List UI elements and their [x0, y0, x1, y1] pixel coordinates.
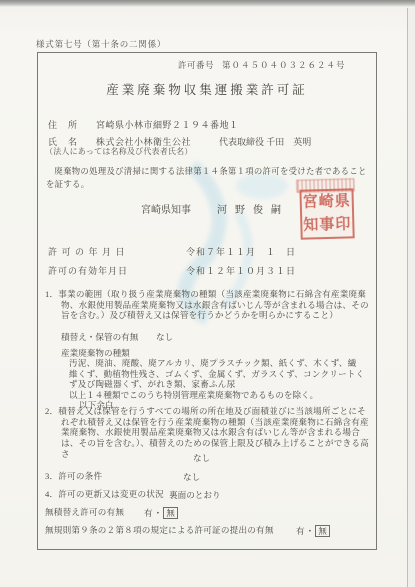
transfer-storage-label: 積替え・保管の有無	[61, 332, 138, 342]
item-6-yes-label: 有	[296, 526, 305, 536]
representative-name: 千田 英明	[266, 137, 311, 147]
permit-number-value: 第０４５０４０３２６２４号	[222, 60, 346, 70]
item-1-number: 1．	[45, 289, 58, 299]
waste-types-block: 産業廃棄物の種類 汚泥、廃油、廃酸、廃アルカリ、廃プラスチック類、紙くず、木くず…	[61, 348, 371, 411]
item-5-label: 積替え許可の有無	[54, 507, 124, 517]
item-6-number: 無	[45, 525, 54, 535]
governor-name: 河野俊嗣	[217, 205, 289, 216]
issue-date-value: 令和７年１１月 １ 日	[186, 245, 296, 258]
item-2-value: なし	[193, 452, 210, 464]
permit-number-label: 許可番号	[178, 60, 214, 70]
item-6-no-selected: 無	[315, 525, 330, 537]
item-4-label: 許可の更新又は変更の状況	[58, 489, 164, 499]
item-1-text: 事業の範囲（取り扱う産業廃棄物の種類（当該産業廃棄物に石綿含有産業廃棄物、水銀使…	[58, 289, 369, 320]
item-5-number: 無	[45, 507, 54, 517]
waste-types-label: 産業廃棄物の種類	[61, 348, 371, 358]
issue-date-label: 許可の年月日	[48, 247, 129, 257]
item-2-text: 積替え又は保管を行うすべての場所の所在地及び面積並びに当該場所ごとにそれぞれ積替…	[58, 406, 369, 459]
certificate-border-box: 許可番号第０４５０４０３２６２４号 産業廃棄物収集運搬業許可証 住 所宮崎県小林…	[37, 52, 377, 550]
representative-title: 代表取締役	[219, 137, 264, 147]
address-row: 住 所宮崎県小林市細野２１９４番地１	[48, 118, 239, 131]
item-5-no-selected: 無	[163, 507, 178, 519]
item-3-number: 3．	[45, 471, 58, 481]
transfer-storage-value: なし	[156, 331, 173, 343]
item-5-separator: ・	[154, 508, 163, 518]
seal-text-line2: 知事印	[302, 217, 352, 233]
scan-right-margin	[408, 8, 415, 587]
issuer-row: 宮崎県知事河野俊嗣	[141, 201, 289, 216]
item-3-value: なし	[183, 471, 200, 483]
item-5: 無積替え許可の有無	[45, 507, 371, 518]
valid-date-value: 令和１２年１０月３１日	[186, 264, 296, 277]
item-3: 3．許可の条件	[45, 471, 371, 482]
scan-artifact-top-band	[0, 0, 415, 7]
item-2-number: 2．	[45, 406, 58, 416]
address-label: 住 所	[48, 120, 78, 130]
scan-paper-edge-line	[407, 8, 408, 587]
form-number-label: 様式第七号（第十条の二関係）	[36, 38, 166, 50]
item-4-value: 裏面のとおり	[169, 489, 221, 501]
waste-count-note: 以上１４種類でこのうち特別管理産業廃棄物であるものを除く。	[69, 390, 371, 400]
corporate-note: （法人にあっては名称及び代表者氏名）	[45, 146, 193, 157]
item-5-answer: 有・無	[144, 507, 178, 519]
seal-stamp: 宮崎県 知事印	[299, 188, 354, 239]
issuer-title: 宮崎県知事	[141, 205, 191, 216]
item-4-number: 4．	[45, 489, 58, 499]
transfer-storage-row: 積替え・保管の有無 なし	[61, 331, 138, 343]
item-6-answer: 有・無	[296, 525, 330, 537]
valid-date-label: 許可の有効年月日	[48, 266, 128, 276]
address-value: 宮崎県小林市細野２１９４番地１	[96, 120, 239, 130]
permit-number-row: 許可番号第０４５０４０３２６２４号	[178, 59, 346, 71]
scanned-permit-page: 様式第七号（第十条の二関係） 許可番号第０４５０４０３２６２４号 産業廃棄物収集…	[0, 0, 415, 587]
certificate-title: 産業廃棄物収集運搬業許可証	[38, 80, 376, 98]
issue-date-row: 許可の年月日 令和７年１１月 １ 日	[48, 245, 129, 258]
valid-date-row: 許可の有効年月日 令和１２年１０月３１日	[48, 264, 128, 277]
item-6-label: 規則第９条の２第８項の規定による許可証の提出の有無	[54, 525, 274, 535]
governor-seal: 宮崎県 知事印	[291, 178, 363, 244]
item-5-yes-label: 有	[144, 508, 153, 518]
waste-types-list: 汚泥、廃油、廃酸、廃アルカリ、廃プラスチック類、紙くず、木くず、繊維くず、動植物…	[69, 358, 365, 389]
item-1: 1．事業の範囲（取り扱う産業廃棄物の種類（当該産業廃棄物に石綿含有産業廃棄物、水…	[45, 289, 371, 321]
item-6-separator: ・	[306, 526, 315, 536]
seal-text-line1: 宮崎県	[302, 194, 352, 210]
item-3-label: 許可の条件	[58, 471, 102, 481]
